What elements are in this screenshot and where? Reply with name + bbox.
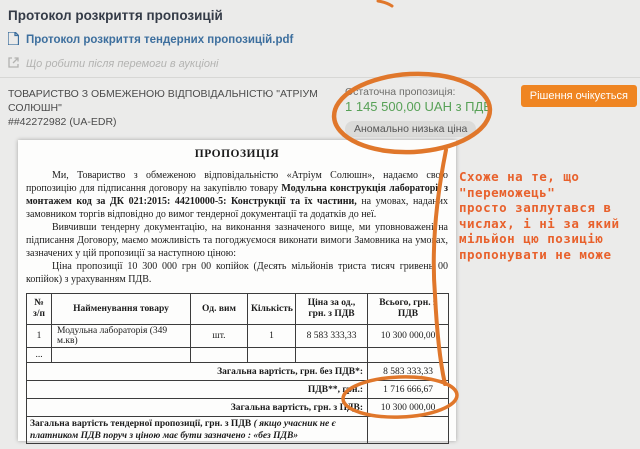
table-row: ... (27, 348, 449, 363)
summary-value: 1 716 666,67 (368, 381, 449, 399)
help-link[interactable]: Що робити після перемоги в аукціоні (8, 57, 632, 71)
table-header-row: № з/п Найменування товару Од. вим Кількі… (27, 294, 449, 325)
supplier-info: ТОВАРИСТВО З ОБМЕЖЕНОЮ ВІДПОВІДАЛЬНІСТЮ … (8, 87, 340, 129)
document-paragraph-3: Ціна пропозиції 10 300 000 грн 00 копійо… (26, 260, 448, 286)
document-paragraph-2: Вивчивши тендерну документацію, на викон… (26, 221, 448, 260)
final-bid-label: Остаточна пропозиція: (345, 86, 492, 98)
footnote-row: Загальна вартість тендерної пропозиції, … (27, 417, 449, 444)
col-header: Всього, грн. з ПДВ (368, 294, 449, 325)
col-header: Од. вим (191, 294, 248, 325)
col-header: Найменування товару (52, 294, 191, 325)
annotation-comment: Схоже на те, що "переможець" просто запл… (459, 169, 639, 262)
col-header: Ціна за од., грн. з ПДВ (296, 294, 368, 325)
bid-info: Остаточна пропозиція: 1 145 500,00 UAH з… (345, 86, 492, 137)
external-link-icon (8, 57, 19, 71)
proposal-table: № з/п Найменування товару Од. вим Кількі… (26, 293, 449, 444)
col-header: Кількість (248, 294, 296, 325)
footnote-text: Загальна вартість тендерної пропозиції, … (27, 417, 368, 444)
document-title: ПРОПОЗИЦІЯ (26, 148, 448, 160)
status-button[interactable]: Рішення очікується (521, 85, 637, 107)
summary-label: ПДВ**, грн.: (27, 381, 368, 399)
page-title: Протокол розкриття пропозицій (8, 8, 632, 23)
summary-row: Загальна вартість, грн. без ПДВ*: 8 583 … (27, 363, 449, 381)
table-row: 1 Модульна лабораторія (349 м.кв) шт. 1 … (27, 325, 449, 348)
proposal-document: ПРОПОЗИЦІЯ Ми, Товариство з обмеженою ві… (18, 140, 456, 441)
pdf-link-label: Протокол розкриття тендерних пропозицій.… (26, 34, 293, 46)
header: Протокол розкриття пропозицій Протокол р… (0, 0, 640, 78)
document-icon (8, 32, 19, 48)
final-bid-value: 1 145 500,00 UAH з ПДВ (345, 99, 492, 114)
pdf-link[interactable]: Протокол розкриття тендерних пропозицій.… (8, 32, 632, 48)
summary-value: 8 583 333,33 (368, 363, 449, 381)
summary-label: Загальна вартість, грн. без ПДВ*: (27, 363, 368, 381)
help-link-label: Що робити після перемоги в аукціоні (26, 58, 218, 70)
document-paragraph-1: Ми, Товариство з обмеженою відповідальні… (26, 169, 448, 221)
supplier-name: ТОВАРИСТВО З ОБМЕЖЕНОЮ ВІДПОВІДАЛЬНІСТЮ … (8, 87, 340, 115)
page: Протокол розкриття пропозицій Протокол р… (0, 0, 640, 449)
summary-row: Загальна вартість, грн. з ПДВ: 10 300 00… (27, 399, 449, 417)
supplier-edr: ##42272982 (UA-EDR) (8, 115, 340, 129)
summary-value: 10 300 000,00 (368, 399, 449, 417)
abnormal-price-badge: Аномально низька ціна (345, 121, 476, 137)
summary-row: ПДВ**, грн.: 1 716 666,67 (27, 381, 449, 399)
summary-label: Загальна вартість, грн. з ПДВ: (27, 399, 368, 417)
col-header: № з/п (27, 294, 52, 325)
